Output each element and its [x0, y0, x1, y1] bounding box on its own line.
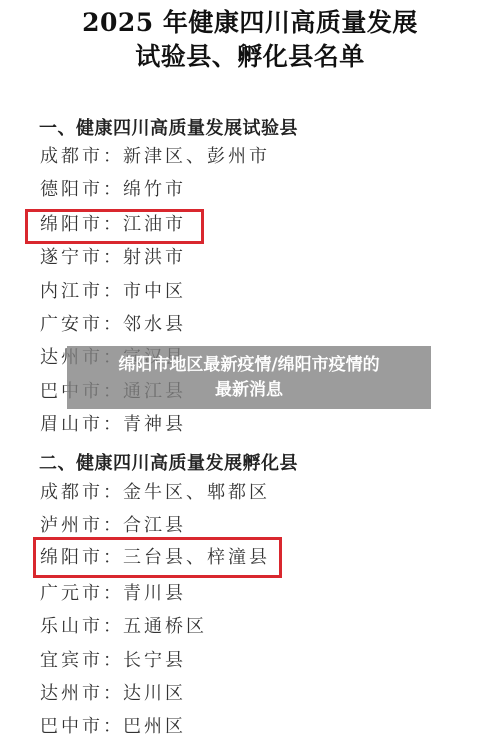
- city-name: 成都市: [40, 146, 103, 168]
- list-item: 达州市：达川区: [40, 683, 186, 705]
- list-item-highlighted: 绵阳市：三台县、梓潼县: [40, 547, 270, 569]
- county-name: 青川县: [123, 583, 186, 605]
- city-name: 德阳市: [40, 179, 103, 201]
- separator: ：: [103, 650, 123, 672]
- list-item: 巴中市：巴州区: [40, 716, 186, 738]
- overlay-title-line1: 绵阳市地区最新疫情/绵阳市疫情的: [118, 353, 379, 378]
- separator: ：: [103, 247, 123, 269]
- list-item: 宜宾市：长宁县: [40, 650, 186, 672]
- separator: ：: [103, 583, 123, 605]
- separator: ：: [103, 179, 123, 201]
- separator: ：: [103, 214, 123, 236]
- separator: ：: [103, 281, 123, 303]
- county-name: 长宁县: [123, 650, 186, 672]
- county-name: 绵竹市: [123, 179, 186, 201]
- article-title-overlay: 绵阳市地区最新疫情/绵阳市疫情的 最新消息: [67, 346, 431, 409]
- list-item: 内江市：市中区: [40, 281, 186, 303]
- separator: ：: [103, 616, 123, 638]
- overlay-title-line2: 最新消息: [215, 378, 283, 403]
- separator: ：: [103, 314, 123, 336]
- separator: ：: [103, 146, 123, 168]
- county-name: 三台县、梓潼县: [123, 547, 270, 569]
- city-name: 眉山市: [40, 414, 103, 436]
- list-item: 成都市：金牛区、郫都区: [40, 482, 270, 504]
- section-heading-trial-counties: 一、健康四川高质量发展试验县: [39, 114, 298, 140]
- city-name: 绵阳市: [40, 547, 103, 569]
- county-name: 合江县: [123, 515, 186, 537]
- city-name: 达州市: [40, 683, 103, 705]
- separator: ：: [103, 547, 123, 569]
- county-name: 新津区、彭州市: [123, 146, 270, 168]
- list-item: 乐山市：五通桥区: [40, 616, 207, 638]
- list-item: 广安市：邻水县: [40, 314, 186, 336]
- list-item-highlighted: 绵阳市：江油市: [40, 214, 186, 236]
- list-item: 广元市：青川县: [40, 583, 186, 605]
- list-item: 成都市：新津区、彭州市: [40, 146, 270, 168]
- section-heading-incubator-counties: 二、健康四川高质量发展孵化县: [39, 449, 298, 475]
- city-name: 成都市: [40, 482, 103, 504]
- county-name: 金牛区、郫都区: [123, 482, 270, 504]
- separator: ：: [103, 414, 123, 436]
- separator: ：: [103, 482, 123, 504]
- city-name: 宜宾市: [40, 650, 103, 672]
- list-item: 眉山市：青神县: [40, 414, 186, 436]
- county-name: 邻水县: [123, 314, 186, 336]
- county-name: 巴州区: [123, 716, 186, 738]
- county-name: 射洪市: [123, 247, 186, 269]
- separator: ：: [103, 683, 123, 705]
- list-item: 德阳市：绵竹市: [40, 179, 186, 201]
- city-name: 广元市: [40, 583, 103, 605]
- city-name: 广安市: [40, 314, 103, 336]
- city-name: 乐山市: [40, 616, 103, 638]
- city-name: 遂宁市: [40, 247, 103, 269]
- list-item: 遂宁市：射洪市: [40, 247, 186, 269]
- separator: ：: [103, 515, 123, 537]
- city-name: 绵阳市: [40, 214, 103, 236]
- city-name: 内江市: [40, 281, 103, 303]
- county-name: 江油市: [123, 214, 186, 236]
- county-name: 市中区: [123, 281, 186, 303]
- city-name: 巴中市: [40, 716, 103, 738]
- city-name: 泸州市: [40, 515, 103, 537]
- separator: ：: [103, 716, 123, 738]
- county-name: 达川区: [123, 683, 186, 705]
- document-title-line1: 2025 年健康四川高质量发展: [0, 6, 500, 40]
- county-name: 五通桥区: [123, 616, 207, 638]
- county-name: 青神县: [123, 414, 186, 436]
- document-title-line2: 试验县、孵化县名单: [0, 40, 500, 74]
- list-item: 泸州市：合江县: [40, 515, 186, 537]
